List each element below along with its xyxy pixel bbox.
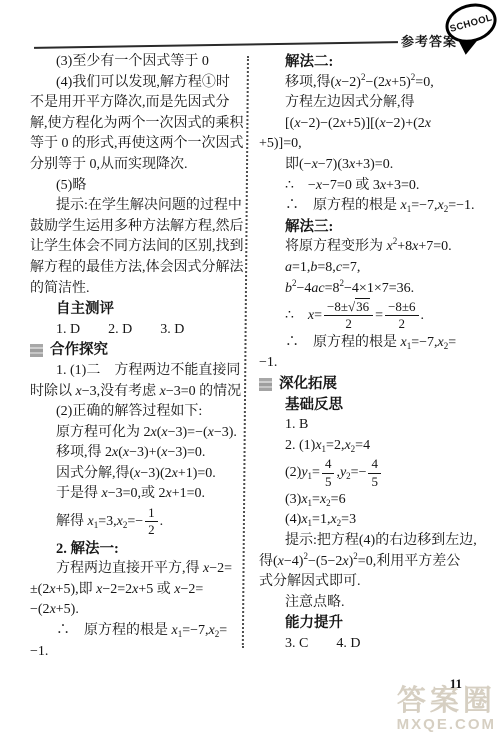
fraction-denominator: 5 [368,474,381,489]
right-column: 解法二:移项,得(x−2)2−(2x+5)2=0,方程左边因式分解,得[(x−2… [259,52,481,655]
text-line: ∴ 原方程的根是 x1=−7,x2= [30,621,246,642]
text-line: [(x−2)−(2x+5)][(x−2)+(2x [259,114,481,135]
text-line: 式分解因式即可. [259,572,481,593]
text-line: +5)]=0, [259,134,481,155]
section-marker-icon [30,344,43,357]
subsection-heading: 解法二: [259,52,481,73]
fraction: 45 [322,457,335,489]
text-line: 提示:在学生解决问题的过程中 [30,196,246,217]
text-line: −1. [30,642,246,663]
text-line: (4)我们可以发现,解方程①时 [30,73,246,94]
text-line: 解得 x1=3,x2=−12. [30,505,246,539]
text-line: (3)x1=x2=6 [259,490,481,511]
subsection-heading: 2. 解法一: [30,539,246,560]
text-line: 让学生体会不同方法间的区别,找到 [30,237,246,258]
text-line: (2)y1=45,y2=−45 [259,456,481,490]
fraction-numerator: −8±√36 [324,300,373,316]
fraction: 12 [145,506,158,538]
text-line: −(2x+5). [30,600,246,621]
subsection-heading: 能力提升 [259,613,481,634]
answer-book-page: 参考答案 SCHOOL (3)至少有一个因式等于 0(4)我们可以发现,解方程①… [0,0,500,732]
text-line: 原方程可化为 2x(x−3)=−(x−3). [30,423,246,444]
fraction-denominator: 2 [324,316,373,331]
section-heading: 合作探究 [30,340,246,361]
watermark-url: MXQE.COM [397,716,496,732]
text-line: ∴ x=−8±√362=−8±62. [259,299,481,333]
watermark-brand: 答案圈 [397,687,496,716]
school-pin-label: SCHOOL [449,12,494,35]
text-line: 1. (1)二 方程两边不能直接同 [30,361,246,382]
text-line: (2)正确的解答过程如下: [30,402,246,423]
fraction-denominator: 5 [322,474,335,489]
text-line: 方程左边因式分解,得 [259,93,481,114]
text-line: 3. C 4. D [259,634,481,655]
text-line: 1. B [259,415,481,436]
fraction-numerator: −8±6 [385,300,418,316]
text-line: 的简洁性. [30,279,246,300]
text-line: (5)略 [30,176,246,197]
text-line: 解方程的最佳方法,体会因式分解法 [30,258,246,279]
text-line: 不是用开平方降次,而是先因式分 [30,93,246,114]
text-line: 鼓励学生运用多种方法解方程,然后 [30,217,246,238]
text-line: 移项,得 2x(x−3)+(x−3)=0. [30,443,246,464]
fraction-denominator: 2 [145,522,158,537]
text-line: 等于 0 的形式,再使这两个一次因式 [30,134,246,155]
watermark: 答案圈 MXQE.COM [397,687,496,732]
fraction: −8±√362 [324,300,373,332]
fraction-numerator: 4 [368,457,381,473]
text-line: a=1,b=8,c=7, [259,258,481,279]
section-marker-icon [259,378,272,391]
text-line: 提示:把方程(4)的右边移到左边, [259,531,481,552]
fraction-numerator: 4 [322,457,335,473]
text-line: (4)x1=1,x2=3 [259,510,481,531]
text-line: −1. [259,353,481,374]
text-line: 得(x−4)2−(5−2x)2=0,利用平方差公 [259,552,481,573]
text-line: 移项,得(x−2)2−(2x+5)2=0, [259,73,481,94]
text-line: (3)至少有一个因式等于 0 [30,52,246,73]
text-line: b2−4ac=82−4×1×7=36. [259,279,481,300]
text-line: 1. D 2. D 3. D [30,320,246,341]
text-line: 将原方程变形为 x2+8x+7=0. [259,237,481,258]
text-line: 注意点略. [259,593,481,614]
text-line: 因式分解,得(x−3)(2x+1)=0. [30,464,246,485]
text-line: ∴ 原方程的根是 x1=−7,x2=−1. [259,196,481,217]
text-line: 解,使方程化为两个一次因式的乘积 [30,114,246,135]
text-line: 即(−x−7)(3x+3)=0. [259,155,481,176]
header-rule [34,41,398,49]
text-line: ±(2x+5),即 x−2=2x+5 或 x−2= [30,580,246,601]
text-line: 2. (1)x1=2,x2=4 [259,436,481,457]
left-column: (3)至少有一个因式等于 0(4)我们可以发现,解方程①时不是用开平方降次,而是… [30,52,246,662]
school-pin-head: SCHOOL [441,0,500,49]
text-line: 分别等于 0,从而实现降次. [30,155,246,176]
text-line: 方程两边直接开平方,得 x−2= [30,559,246,580]
text-line: ∴ −x−7=0 或 3x+3=0. [259,176,481,197]
subsection-heading: 基础反思 [259,395,481,416]
subsection-heading: 解法三: [259,217,481,238]
text-line: 时除以 x−3,没有考虑 x−3=0 的情况 [30,382,246,403]
section-heading: 深化拓展 [259,374,481,395]
text-line: ∴ 原方程的根是 x1=−7,x2= [259,333,481,354]
radicand: 36 [355,298,370,314]
fraction: −8±62 [385,300,418,332]
fraction-denominator: 2 [385,316,418,331]
fraction: 45 [368,457,381,489]
fraction-numerator: 1 [145,506,158,522]
text-line: 于是得 x−3=0,或 2x+1=0. [30,484,246,505]
subsection-heading: 自主测评 [30,299,246,320]
